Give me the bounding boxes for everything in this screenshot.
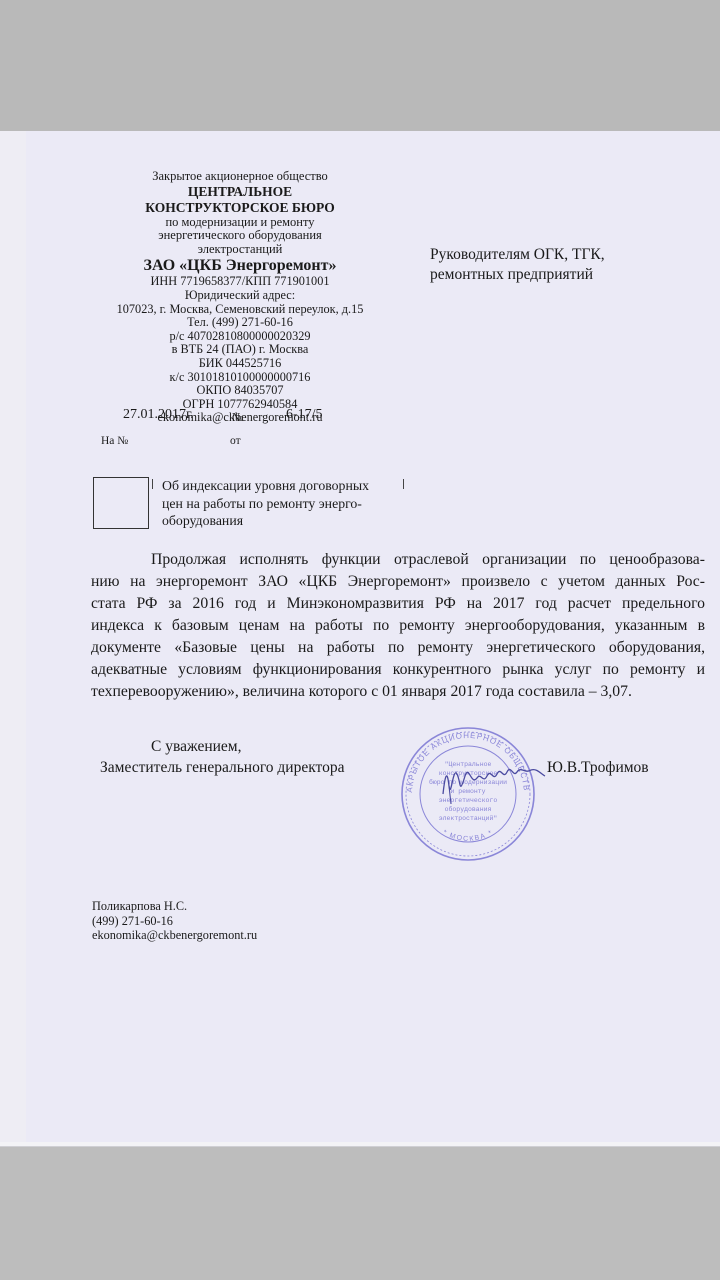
body-line: техперевооружению», величина которого с … (91, 681, 705, 703)
org-purpose-line3: электростанций (90, 243, 390, 257)
bik: БИК 044525716 (90, 357, 390, 371)
org-form: Закрытое акционерное общество (90, 170, 390, 184)
svg-text:оборудования: оборудования (445, 805, 492, 813)
outgoing-number: 6-17/5 (286, 407, 323, 423)
subject-line3: оборудования (162, 512, 422, 530)
signer-name: Ю.В.Трофимов (547, 759, 649, 777)
inn-kpp: ИНН 7719658377/КПП 771901001 (90, 275, 390, 289)
legal-address-label: Юридический адрес: (90, 289, 390, 303)
addressee-line2: ремонтных предприятий (430, 265, 605, 285)
executor-phone: (499) 271-60-16 (92, 914, 257, 929)
svg-text:электростанций": электростанций" (439, 814, 498, 822)
subject-line1: Об индексации уровня договорных (162, 477, 422, 495)
legal-address: 107023, г. Москва, Семеновский переулок,… (90, 303, 390, 317)
org-brand: ЗАО «ЦКБ Энергоремонт» (90, 256, 390, 275)
body-line: документе «Базовые цены на работы по рем… (91, 637, 705, 659)
body-line: адекватные условиям функционирования кон… (91, 659, 705, 681)
executor-name: Поликарпова Н.С. (92, 899, 257, 914)
registration-box (93, 477, 149, 529)
page-edge-strip (0, 131, 26, 1147)
body-line: индекса к базовым ценам на работы по рем… (91, 615, 705, 637)
svg-text:* МОСКВА *: * МОСКВА * (441, 829, 494, 843)
body-line: нию на энергоремонт ЗАО «ЦКБ Энергоремон… (91, 571, 705, 593)
incoming-from-label: от (230, 435, 241, 447)
okpo: ОКПО 84035707 (90, 384, 390, 398)
body-line: Продолжая исполнять функции отраслевой о… (91, 549, 705, 571)
letter-body: Продолжая исполнять функции отраслевой о… (91, 549, 705, 703)
signature-icon (437, 756, 547, 806)
executor-contact: Поликарпова Н.С. (499) 271-60-16 ekonomi… (92, 899, 257, 943)
page-bottom-edge (0, 1142, 720, 1147)
executor-email: ekonomika@ckbenergoremont.ru (92, 928, 257, 943)
document-page: Закрытое акционерное общество ЦЕНТРАЛЬНО… (0, 131, 720, 1147)
subject-bracket-left (152, 479, 153, 489)
body-line: стата РФ за 2016 год и Минэкономразвития… (91, 593, 705, 615)
bottom-background (0, 1147, 720, 1280)
org-purpose-line2: энергетического оборудования (90, 229, 390, 243)
addressee: Руководителям ОГК, ТГК, ремонтных предпр… (430, 245, 605, 285)
outgoing-date: 27.01.2017г. (123, 407, 194, 423)
org-purpose-line1: по модернизации и ремонту (90, 216, 390, 230)
bank-name: в ВТБ 24 (ПАО) г. Москва (90, 343, 390, 357)
bank-account: р/с 40702810800000020329 (90, 330, 390, 344)
top-background (0, 0, 720, 131)
org-name-line1: ЦЕНТРАЛЬНОЕ (90, 184, 390, 200)
incoming-ref-label: На № (101, 435, 128, 447)
addressee-line1: Руководителям ОГК, ТГК, (430, 245, 605, 265)
subject: Об индексации уровня договорных цен на р… (162, 477, 422, 530)
subject-line2: цен на работы по ремонту энерго- (162, 495, 422, 513)
phone: Тел. (499) 271-60-16 (90, 316, 390, 330)
letterhead: Закрытое акционерное общество ЦЕНТРАЛЬНО… (90, 170, 390, 425)
org-name-line2: КОНСТРУКТОРСКОЕ БЮРО (90, 200, 390, 216)
corr-account: к/с 30101810100000000716 (90, 371, 390, 385)
closing-regards: С уважением, (151, 738, 242, 756)
signer-position: Заместитель генерального директора (100, 759, 345, 777)
number-sign: № (232, 410, 243, 425)
